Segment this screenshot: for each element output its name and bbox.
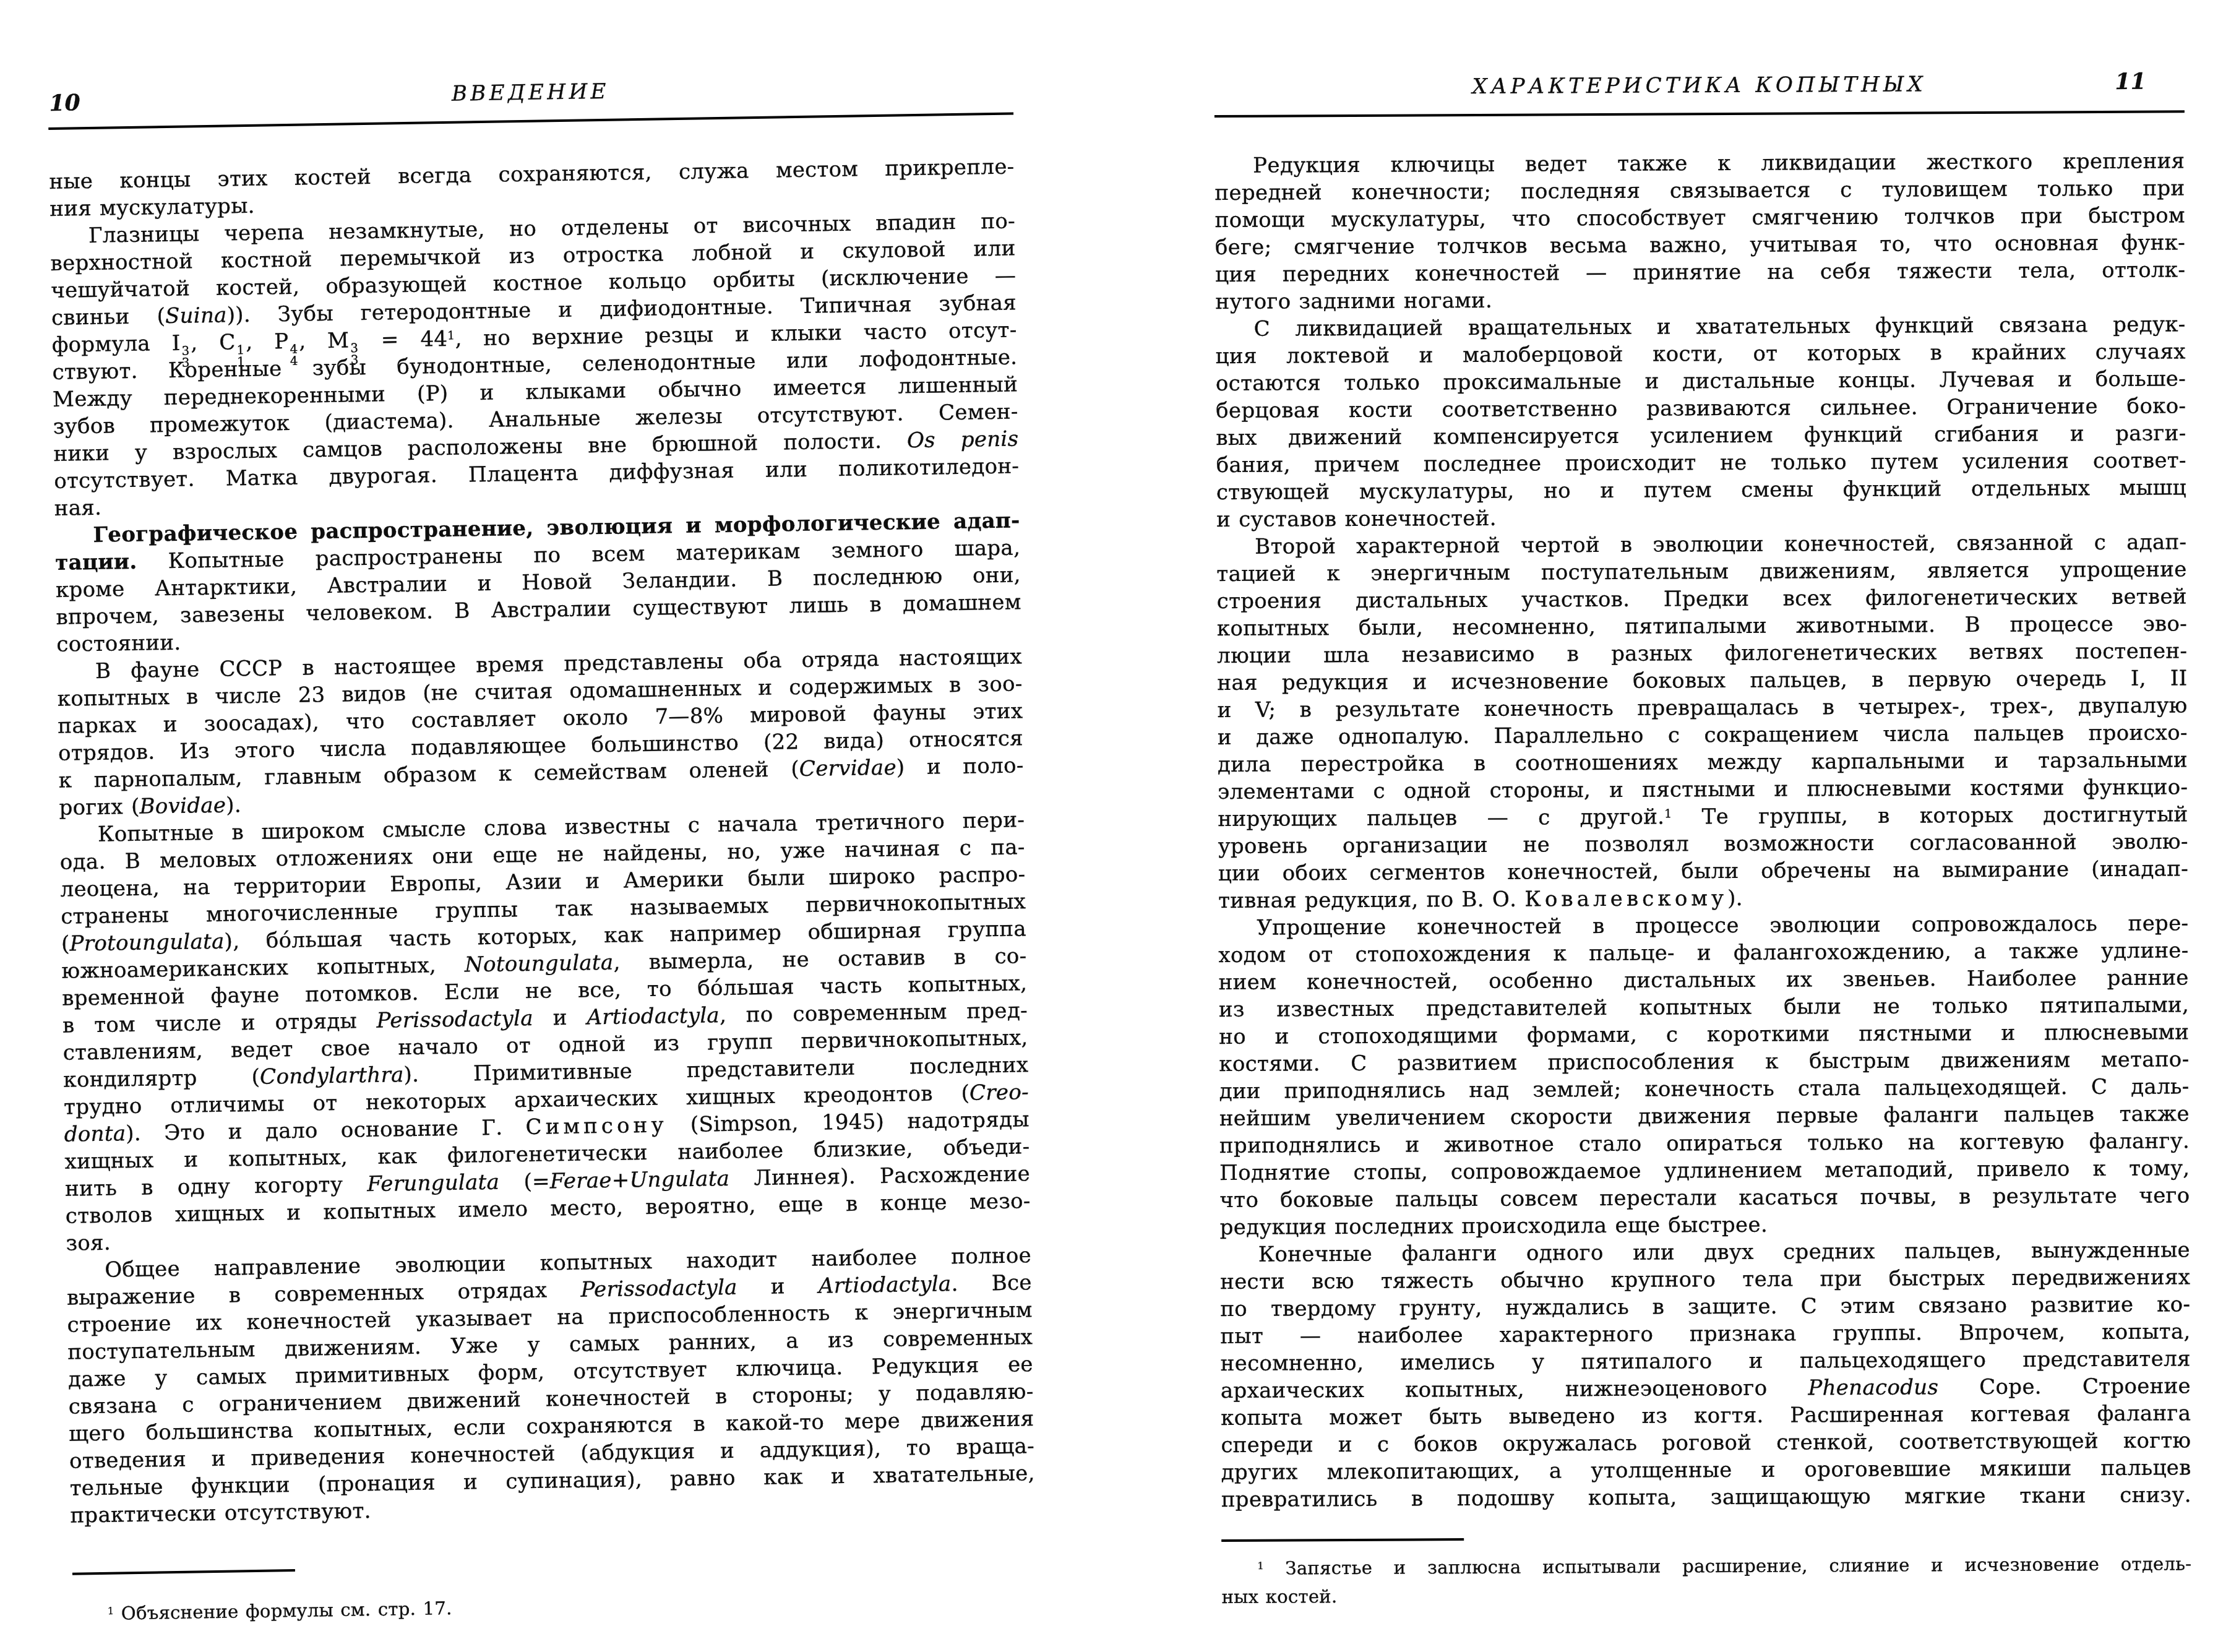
text-line: копытных были, несомненно, пятипалыми жи… xyxy=(1217,610,2187,642)
text-line: тивная редукция, по В. О. Ковалевскому). xyxy=(1218,882,2188,914)
text-line: но и стопоходящими формами, с короткими … xyxy=(1219,1018,2189,1051)
scanned-spread-background: 10 ВВЕДЕНИЕ ные концы этих костей всегда… xyxy=(0,0,2218,1652)
text-line: уровень организации не позволял возможно… xyxy=(1218,828,2188,860)
text-line: из известных представителей копытных был… xyxy=(1219,991,2189,1023)
text-line: дии приподнялись над землей; конечность … xyxy=(1219,1073,2190,1105)
text-line: нести всю тяжесть обычно крупного тела п… xyxy=(1220,1263,2190,1296)
text-line: строения дистальных участков. Предки все… xyxy=(1217,583,2187,615)
page-left: 10 ВВЕДЕНИЕ ные концы этих костей всегда… xyxy=(46,0,1038,1652)
text-line: и V; в результате конечность превращалас… xyxy=(1218,692,2188,724)
running-title-right: ХАРАКТЕРИСТИКА КОПЫТНЫХ xyxy=(1214,71,2185,100)
text-line: ных костей. xyxy=(1222,1578,2192,1611)
text-line: костями. С развитием приспособления к бы… xyxy=(1219,1046,2189,1078)
text-line: копыта может быть выведено из когтя. Рас… xyxy=(1221,1400,2191,1432)
text-line: берцовая кости соответственно развиваютс… xyxy=(1216,392,2186,424)
text-line: ная редукция и исчезновение боковых паль… xyxy=(1217,665,2187,697)
text-line: нием конечностей, особенно дистальных их… xyxy=(1219,964,2189,996)
text-line: помощи мускулатуры, что способствует смя… xyxy=(1215,202,2185,234)
header-rule-left xyxy=(48,112,1013,130)
book-spread-scan: { "colors": {"paper": "#ffffff", "ink": … xyxy=(0,0,2218,1652)
text-line: передней конечности; последняя связывает… xyxy=(1214,174,2185,207)
footnote-left: 1 Объяснение формулы см. стр. 17. xyxy=(72,1585,1038,1628)
text-line: пыт — наиболее характерного признака гру… xyxy=(1220,1318,2190,1350)
text-line: Конечные фаланги одного или двух средних… xyxy=(1220,1236,2190,1268)
text-line: и суставов конечностей. xyxy=(1216,501,2186,533)
page-right: 11 ХАРАКТЕРИСТИКА КОПЫТНЫХ Редукция ключ… xyxy=(1214,0,2192,1652)
footnote-rule-right xyxy=(1221,1538,1464,1542)
footnote-rule-left xyxy=(72,1569,295,1575)
text-line: ствующей мускулатуры, но и путем смены ф… xyxy=(1216,474,2186,506)
text-line: дила перестройка в соотношениях между ка… xyxy=(1218,746,2188,778)
text-line: нейшим увеличением скорости движения пер… xyxy=(1219,1100,2190,1132)
text-line: архаических копытных, нижнеэоценового Ph… xyxy=(1221,1372,2191,1405)
text-line: люции шла независимо в разных филогенети… xyxy=(1217,637,2187,669)
text-line: приподнялись и животное стало опираться … xyxy=(1219,1127,2190,1159)
text-line: С ликвидацией вращательных и хватательны… xyxy=(1215,311,2185,343)
text-line: остаются только проксимальные и дистальн… xyxy=(1216,365,2186,397)
text-line: вых движений компенсируется усилением фу… xyxy=(1216,419,2186,452)
text-line: ходом от стопохождения к пальце- и фалан… xyxy=(1218,937,2188,969)
text-line: Второй характерной чертой в эволюции кон… xyxy=(1216,528,2186,561)
text-line: нутого задними ногами. xyxy=(1215,283,2185,316)
text-line: ция локтевой и малоберцовой кости, от ко… xyxy=(1216,338,2186,370)
text-line: что боковые пальцы совсем перестали каса… xyxy=(1219,1182,2190,1214)
text-line: 1 Объяснение формулы см. стр. 17. xyxy=(72,1585,1038,1628)
text-line: редукция последних происходила еще быстр… xyxy=(1220,1209,2190,1241)
text-line: ции обоих сегментов конечностей, были об… xyxy=(1218,855,2188,887)
page-body-left: ные концы этих костей всегда сохраняются… xyxy=(49,153,1035,1529)
text-line: 1 Запястье и заплюсна испытывали расшире… xyxy=(1221,1549,2191,1583)
text-line: элементами с одной стороны, и пястными и… xyxy=(1218,773,2188,806)
page-body-right: Редукция ключицы ведет также к ликвидаци… xyxy=(1214,147,2191,1513)
text-line: и даже однопалую. Параллельно с сокращен… xyxy=(1218,719,2188,751)
text-line: других млекопитающих, а утолщенные и оро… xyxy=(1221,1454,2191,1486)
text-line: нирующих пальцев — с другой.1 Те группы,… xyxy=(1218,801,2188,833)
footnote-right: 1 Запястье и заплюсна испытывали расшире… xyxy=(1221,1549,2191,1611)
text-line: превратились в подошву копыта, защищающу… xyxy=(1221,1481,2191,1513)
header-rule-right xyxy=(1214,110,2185,118)
text-line: беге; смягчение толчков весьма важно, уч… xyxy=(1215,229,2185,261)
text-line: тацией к энергичным поступательным движе… xyxy=(1216,556,2186,588)
text-line: ция передних конечностей — принятие на с… xyxy=(1215,256,2185,288)
text-line: Упрощение конечностей в процессе эволюци… xyxy=(1218,910,2188,942)
text-line: Редукция ключицы ведет также к ликвидаци… xyxy=(1214,147,2185,179)
text-line: бания, причем последнее происходит не то… xyxy=(1216,447,2186,479)
text-line: Поднятие стопы, сопровождаемое удлинение… xyxy=(1219,1155,2190,1187)
running-title-left: ВВЕДЕНИЕ xyxy=(48,72,1013,112)
text-line: по твердому грунту, нуждались в защите. … xyxy=(1220,1291,2190,1323)
text-line: несомненно, имелись у пятипалого и пальц… xyxy=(1221,1345,2191,1377)
text-line: спереди и с боков окружалась роговой сте… xyxy=(1221,1427,2191,1459)
